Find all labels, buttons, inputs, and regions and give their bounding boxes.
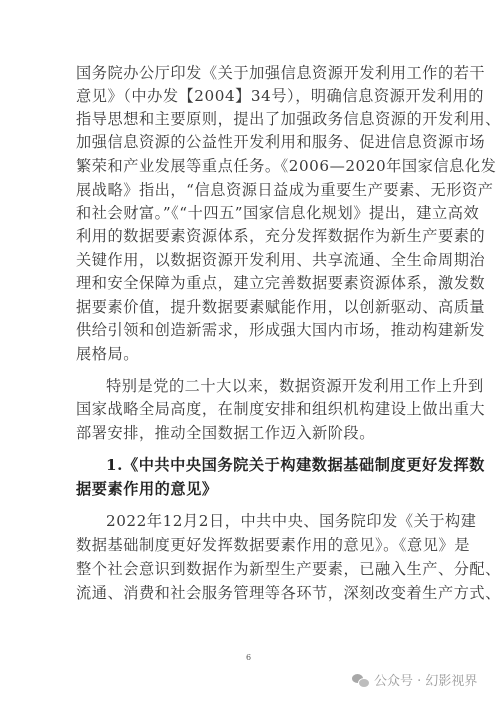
paragraph-line: 利用的数据要素资源体系，充分发挥数据作为新生产要素的	[76, 226, 426, 246]
document-page: 国务院办公厅印发《关于加强信息资源开发利用工作的若干意见》（中办发【2004】3…	[0, 0, 500, 707]
paragraph-line: 意见》（中办发【2004】34号），明确信息资源开发利用的	[76, 86, 426, 106]
paragraph-line: 关键作用，以数据资源开发利用、共享流通、全生命周期治	[76, 250, 426, 270]
paragraph-line: 理和安全保障为重点，建立完善数据要素资源体系，激发数	[76, 273, 426, 293]
paragraph-line: 展格局。	[76, 344, 426, 364]
watermark: 公众号 · 幻影视界	[352, 670, 477, 689]
section-heading-line: 1.《中共中央国务院关于构建数据基础制度更好发挥数	[76, 455, 456, 475]
paragraph-line: 加强信息资源的公益性开发利用和服务、促进信息资源市场	[76, 132, 426, 152]
wechat-icon	[352, 673, 370, 687]
paragraph-line: 特别是党的二十大以来，数据资源开发利用工作上升到	[76, 376, 456, 396]
page-number: 6	[246, 653, 251, 662]
watermark-text: 公众号 · 幻影视界	[374, 670, 477, 689]
section-heading-line: 据要素作用的意见》	[76, 479, 426, 499]
paragraph-line: 指导思想和主要原则，提出了加强政务信息资源的开发利用、	[76, 109, 426, 129]
paragraph-line: 数据基础制度更好发挥数据要素作用的意见》。《意见》是	[76, 535, 426, 555]
paragraph-line: 2022年12月2日，中共中央、国务院印发《关于构建	[76, 511, 456, 531]
paragraph-line: 流通、消费和社会服务管理等各环节，深刻改变着生产方式、	[76, 583, 426, 603]
paragraph-line: 国务院办公厅印发《关于加强信息资源开发利用工作的若干	[76, 63, 426, 83]
paragraph-line: 繁荣和产业发展等重点任务。《2006—2020年国家信息化发	[76, 156, 426, 176]
paragraph-line: 部署安排，推动全国数据工作迈入新阶段。	[76, 423, 426, 443]
paragraph-line: 和社会财富。”《“十四五”国家信息化规划》提出，建立高效	[76, 203, 426, 223]
paragraph-line: 国家战略全局高度，在制度安排和组织机构建设上做出重大	[76, 399, 426, 419]
paragraph-line: 展战略》指出，“信息资源日益成为重要生产要素、无形资产	[76, 180, 426, 200]
paragraph-line: 据要素价值，提升数据要素赋能作用，以创新驱动、高质量	[76, 297, 426, 317]
paragraph-line: 整个社会意识到数据作为新型生产要素，已融入生产、分配、	[76, 559, 426, 579]
paragraph-line: 供给引领和创造新需求，形成强大国内市场，推动构建新发	[76, 320, 426, 340]
